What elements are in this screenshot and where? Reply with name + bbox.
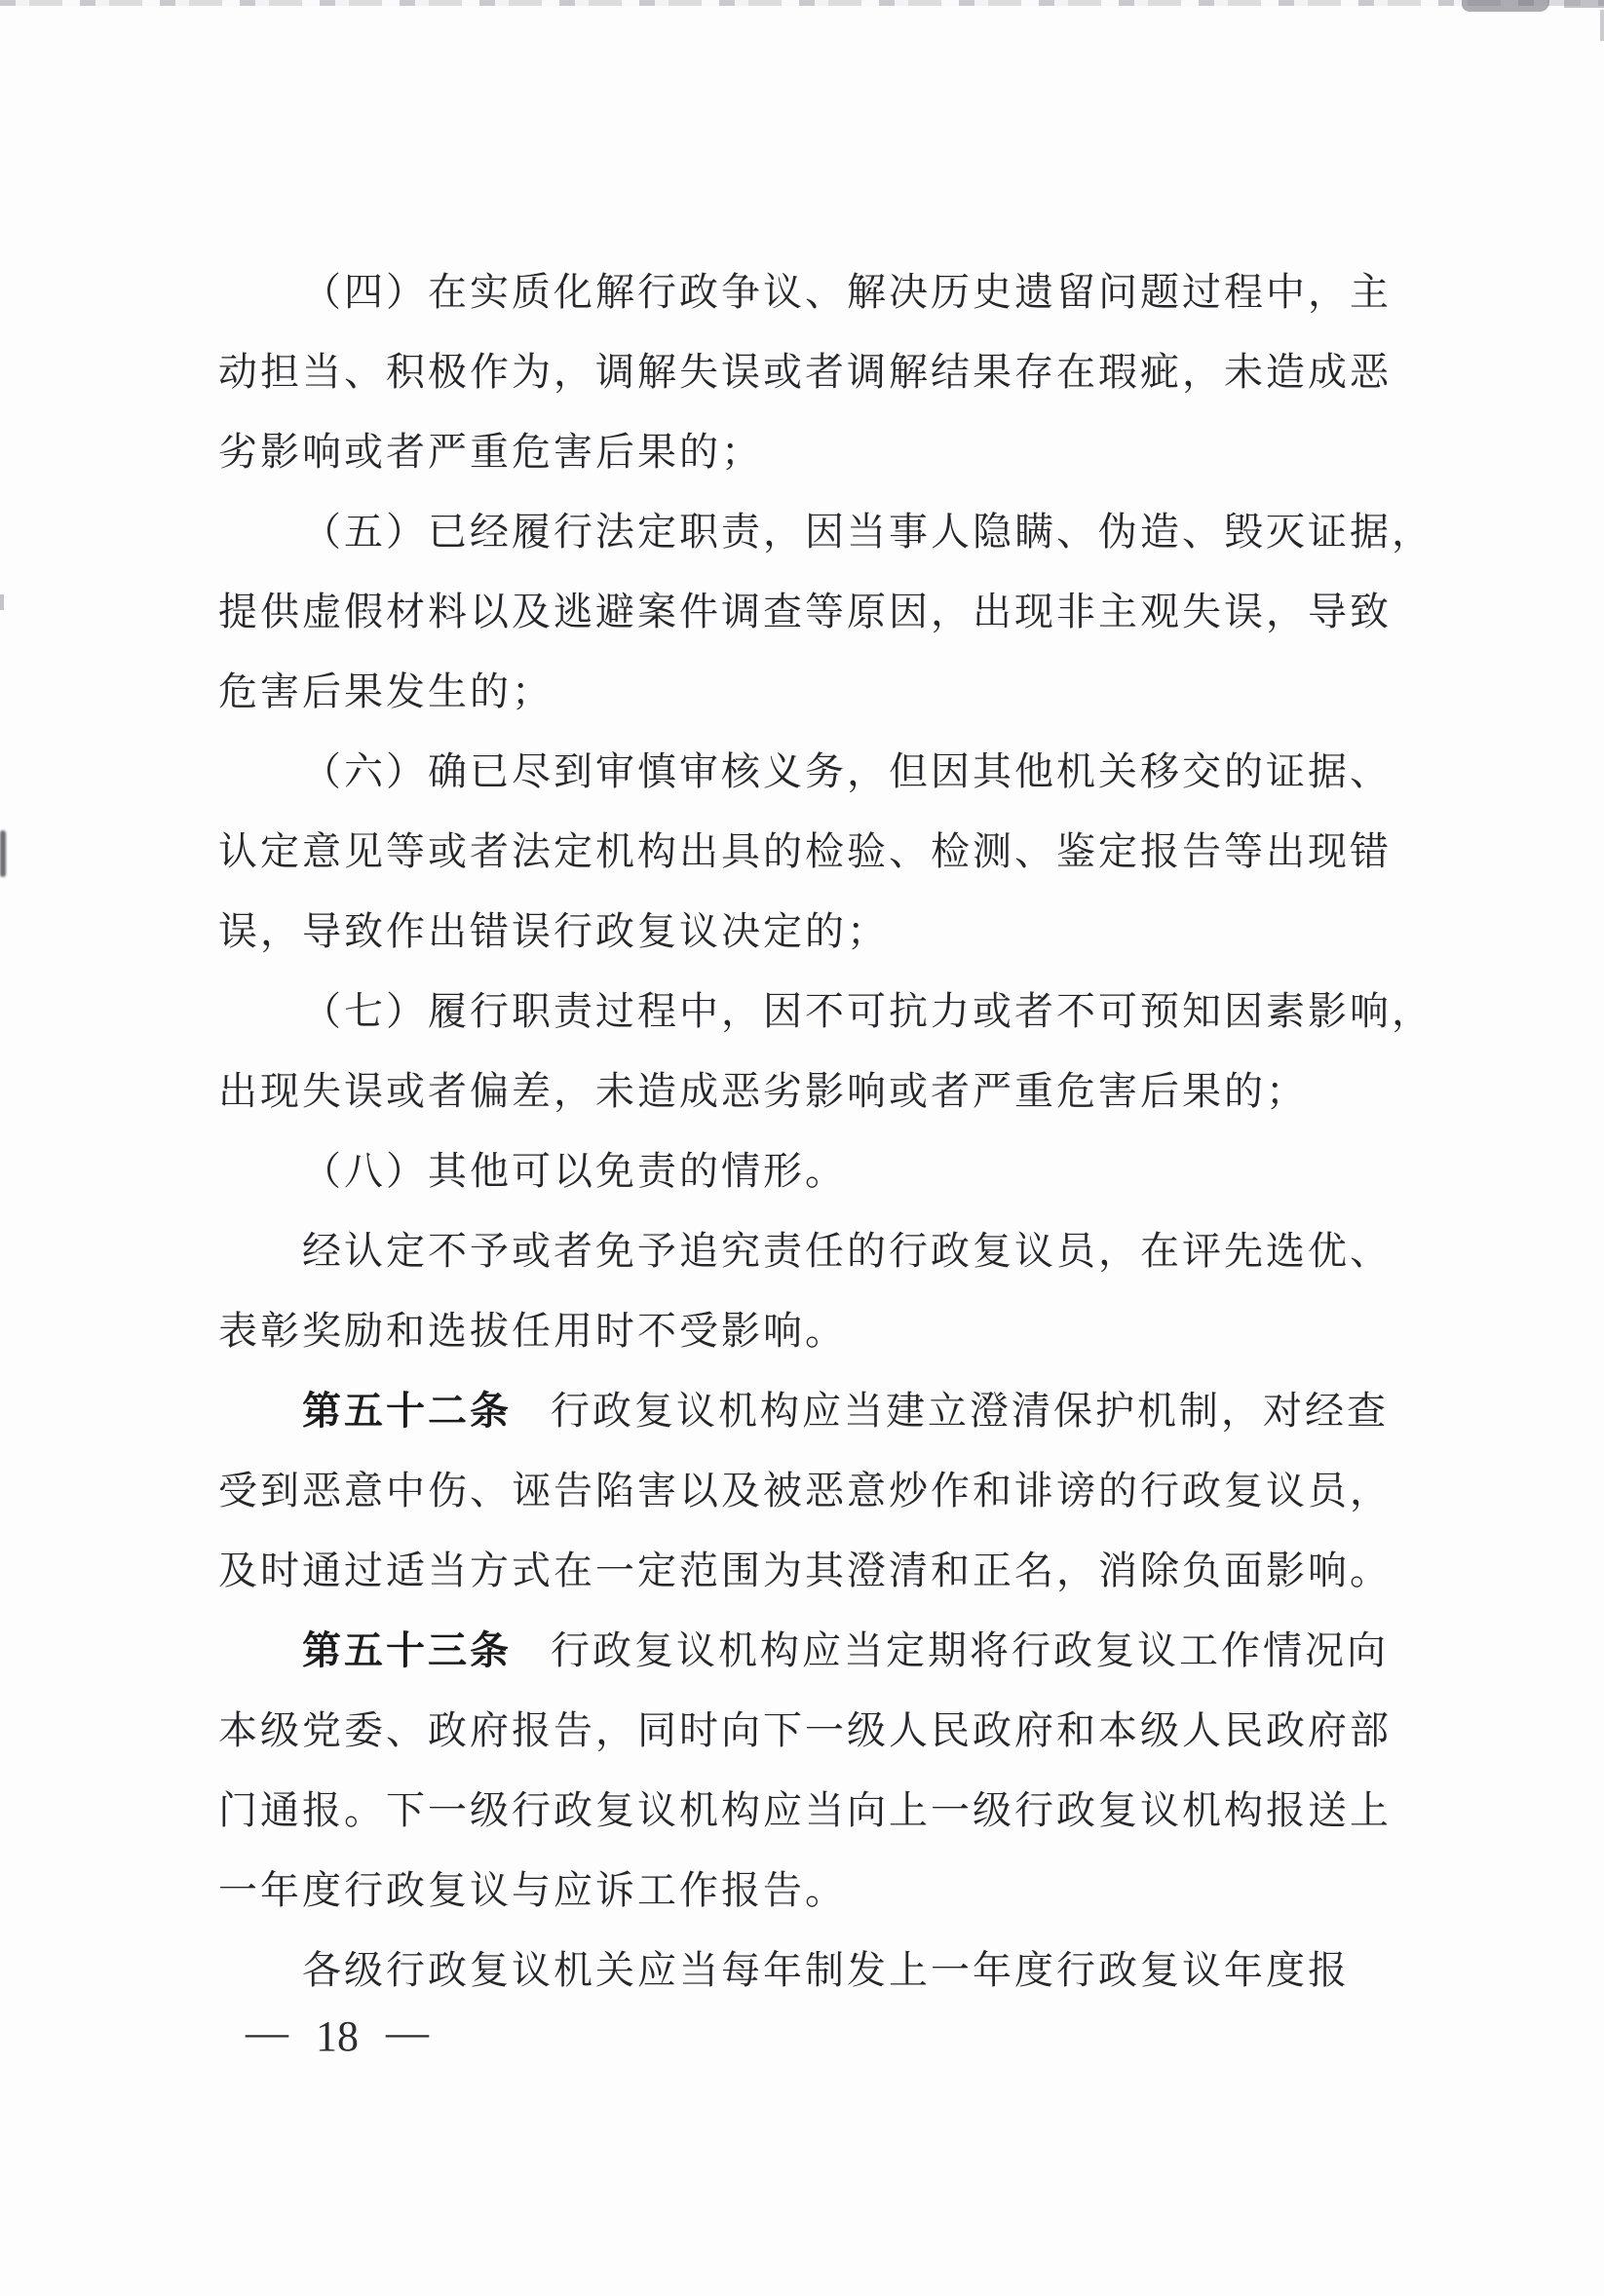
text-line: 危害后果发生的； xyxy=(218,652,1402,732)
scan-artifact-top-right xyxy=(1462,0,1549,12)
text-line: 表彰奖励和选拔任用时不受影响。 xyxy=(218,1291,1402,1371)
article-number-52: 第五十二条 xyxy=(302,1390,512,1433)
text-line: 一年度行政复议与应诉工作报告。 xyxy=(218,1851,1402,1931)
footer-right-dash: — xyxy=(386,2011,429,2054)
scan-mark-left-edge xyxy=(0,594,4,610)
text-line: 认定意见等或者法定机构出具的检验、检测、鉴定报告等出现错 xyxy=(218,812,1402,892)
text-line: 出现失误或者偏差，未造成恶劣影响或者严重危害后果的； xyxy=(218,1052,1402,1131)
text-line: 经认定不予或者免予追究责任的行政复议员，在评先选优、 xyxy=(218,1211,1402,1291)
text-line: （四）在实质化解行政争议、解决历史遗留问题过程中，主 xyxy=(218,252,1402,332)
text-line: 误，导致作出错误行政复议决定的； xyxy=(218,892,1402,972)
text-line-article-52: 第五十二条行政复议机构应当建立澄清保护机制，对经查 xyxy=(218,1371,1402,1451)
text-line: 各级行政复议机关应当每年制发上一年度行政复议年度报 xyxy=(218,1931,1402,2010)
scan-artifact-top-right-corner xyxy=(1564,0,1604,8)
article-52-text: 行政复议机构应当建立澄清保护机制，对经查 xyxy=(551,1389,1389,1433)
scan-noise-band xyxy=(0,0,1604,6)
text-line: 门通报。下一级行政复议机构应当向上一级行政复议机构报送上 xyxy=(218,1771,1402,1851)
text-line: （八）其他可以免责的情形。 xyxy=(218,1131,1402,1211)
scanned-document-page: （四）在实质化解行政争议、解决历史遗留问题过程中，主 动担当、积极作为，调解失误… xyxy=(0,0,1604,2296)
text-line: （六）确已尽到审慎审核义务，但因其他机关移交的证据、 xyxy=(218,732,1402,812)
page-number: 18 xyxy=(316,2015,359,2058)
article-53-text: 行政复议机构应当定期将行政复议工作情况向 xyxy=(551,1628,1389,1672)
text-line: 及时通过适当方式在一定范围为其澄清和正名，消除负面影响。 xyxy=(218,1531,1402,1611)
page-footer: — 18 — xyxy=(246,2015,429,2058)
text-line: 动担当、积极作为，调解失误或者调解结果存在瑕疵，未造成恶 xyxy=(218,332,1402,412)
text-line: 本级党委、政府报告，同时向下一级人民政府和本级人民政府部 xyxy=(218,1691,1402,1771)
text-line: 受到恶意中伤、诬告陷害以及被恶意炒作和诽谤的行政复议员， xyxy=(218,1451,1402,1531)
footer-left-dash: — xyxy=(246,2011,288,2054)
scan-smudge-left-edge xyxy=(0,830,6,877)
text-line: 提供虚假材料以及逃避案件调查等原因，出现非主观失误，导致 xyxy=(218,572,1402,652)
text-line: （五）已经履行法定职责，因当事人隐瞒、伪造、毁灭证据， xyxy=(218,492,1402,572)
text-line: （七）履行职责过程中，因不可抗力或者不可预知因素影响， xyxy=(218,972,1402,1052)
scan-mark-right-edge xyxy=(1600,10,1604,41)
text-line-article-53: 第五十三条行政复议机构应当定期将行政复议工作情况向 xyxy=(218,1611,1402,1691)
document-body-text: （四）在实质化解行政争议、解决历史遗留问题过程中，主 动担当、积极作为，调解失误… xyxy=(218,252,1402,2010)
article-number-53: 第五十三条 xyxy=(302,1629,512,1672)
text-line: 劣影响或者严重危害后果的； xyxy=(218,412,1402,492)
